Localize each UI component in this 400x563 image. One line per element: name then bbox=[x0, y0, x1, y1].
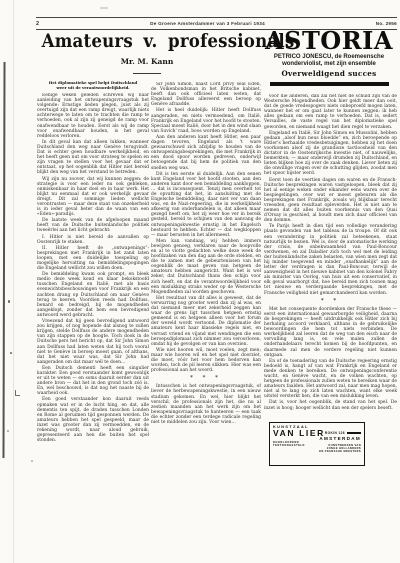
scan-speck bbox=[16, 395, 20, 396]
van-lier-address-text: ROKIN 126 bbox=[325, 431, 345, 435]
astoria-ad-title: ASTORIA bbox=[260, 29, 398, 53]
body-paragraph: Eerst toen de veertien dagen om waren en… bbox=[264, 178, 397, 224]
van-lier-name: VAN LIER bbox=[273, 429, 319, 438]
body-paragraph: Vreezend dat hij geen bevredigend antwoo… bbox=[37, 319, 149, 365]
body-paragraph: Wie niet hooren wil, moet voelen, zegt m… bbox=[151, 348, 261, 373]
body-paragraph: Dat is, voor het oogenblik, de stand van… bbox=[264, 400, 397, 410]
article-title: Amateurs v. professionals bbox=[42, 31, 251, 55]
astoria-ad: ASTORIA PETRICO JONESCU, de Roemeensche … bbox=[260, 29, 398, 86]
scan-speck bbox=[10, 352, 12, 354]
body-paragraph: Met het consequente doordenken der Frans… bbox=[264, 307, 397, 358]
article-byline: Mr. M. Kann bbox=[36, 57, 258, 66]
body-paragraph: De laatste week van de afgeloopen maand … bbox=[37, 218, 149, 233]
body-paragraph: Het resultaat van dit alles is geweest, … bbox=[151, 296, 261, 347]
body-paragraph: En of de toenadering van de Duitsche reg… bbox=[264, 359, 397, 400]
lead-line-2: weer uit de verantwoordelijkheid. bbox=[37, 86, 149, 91]
body-paragraph: Eenige weken geleden schreven wij naar a… bbox=[37, 93, 149, 139]
scan-speck bbox=[15, 390, 16, 396]
van-lier-right-line3: EN FRANSCHE MEESTERS bbox=[319, 450, 361, 453]
section-divider: * * * bbox=[151, 376, 261, 381]
van-lier-right-lines: KUNSTWERKEN VAN JONGE HOLLANDERS EN FRAN… bbox=[319, 444, 361, 454]
scan-speck bbox=[100, 7, 108, 9]
van-lier-ad: KUNSTZAAL VAN LIER DOORLOOPEND TENTOONGE… bbox=[269, 422, 365, 466]
scan-speck bbox=[7, 430, 9, 432]
astoria-ad-line2: wonderviolist, met zijn ensemble bbox=[264, 60, 394, 67]
section-divider: * * bbox=[264, 299, 397, 304]
body-paragraph: Aan den anderen kant heeft Hitler, een p… bbox=[151, 135, 261, 171]
body-paragraph: De bemiddeling kwam ook prompt, en bleek… bbox=[37, 272, 149, 318]
van-lier-left-lines: DOORLOOPEND TENTOONGESTELD bbox=[273, 441, 319, 448]
van-lier-right: ROKIN 126 AMSTERDAM KUNSTWERKEN VAN JONG… bbox=[319, 425, 361, 463]
page-fold-line bbox=[2, 62, 5, 458]
van-lier-left: KUNSTZAAL VAN LIER DOORLOOPEND TENTOONGE… bbox=[273, 425, 319, 463]
astoria-ad-rule bbox=[270, 82, 389, 86]
body-column-3: voor die anderen, dan zal het niet de sc… bbox=[264, 94, 397, 420]
astoria-ad-highlight: Overweldigend succes bbox=[260, 69, 398, 78]
body-paragraph: Wij zijn nu zoover, dat wij kunnen zegge… bbox=[37, 177, 149, 218]
masthead: De Groene Amsterdammer van 3 Februari 19… bbox=[150, 21, 265, 26]
van-lier-left-line2: TENTOONGESTELD bbox=[273, 444, 319, 447]
body-column-2: Sir John Simon, naast Lord privy seal Ed… bbox=[151, 82, 261, 463]
scan-speck bbox=[31, 460, 33, 462]
body-paragraph: Te Parijs heeft in dien tijd een volledi… bbox=[264, 224, 397, 295]
page-edge-line bbox=[13, 0, 14, 563]
body-paragraph: Een Duitsch dementi heeft een singulier … bbox=[37, 366, 149, 397]
body-paragraph: In dit geval kan dat alleen lukken, wann… bbox=[37, 140, 149, 176]
van-lier-address-rule bbox=[347, 432, 361, 433]
body-paragraph: II. Hitler heeft de „ontwapenings”-bespr… bbox=[37, 246, 149, 271]
van-lier-address: ROKIN 126 bbox=[319, 431, 361, 435]
van-lier-city: AMSTERDAM bbox=[319, 436, 361, 441]
body-column-1: Eenige weken geleden schreven wij naar a… bbox=[37, 93, 149, 455]
newspaper-page: 2 De Groene Amsterdammer van 3 Februari … bbox=[0, 0, 400, 563]
page-number: 2 bbox=[36, 21, 39, 27]
article-lead: Het diplomatieke spel helpt Duitschland … bbox=[37, 81, 149, 91]
body-paragraph: I. Hitler is niet bereid de aanvallen op… bbox=[37, 235, 149, 245]
body-paragraph: voor die anderen, dan zal het niet de sc… bbox=[264, 94, 397, 130]
body-paragraph: Sir John Simon, naast Lord privy seal Ed… bbox=[151, 82, 261, 107]
body-paragraph: Engeland en Italië, Sir John Simon en Mu… bbox=[264, 131, 397, 177]
body-paragraph: Een goed verstaander kon daaruit reeds o… bbox=[37, 397, 149, 443]
body-paragraph: Dit is ten eerste al duidelijk. Aan den … bbox=[151, 172, 261, 238]
body-paragraph: Het is heel duidelijk: Hitler heeft Doll… bbox=[151, 108, 261, 133]
byline-divider bbox=[133, 73, 161, 74]
scan-speck bbox=[8, 300, 10, 303]
body-paragraph: Intusschen is het ontwapeningsvraagstuk,… bbox=[151, 384, 261, 425]
body-paragraph: Men kan vandaag, wij hebben immers bewij… bbox=[151, 239, 261, 295]
astoria-ad-line1: PETRICO JONESCU, de Roemeensche bbox=[264, 53, 394, 60]
